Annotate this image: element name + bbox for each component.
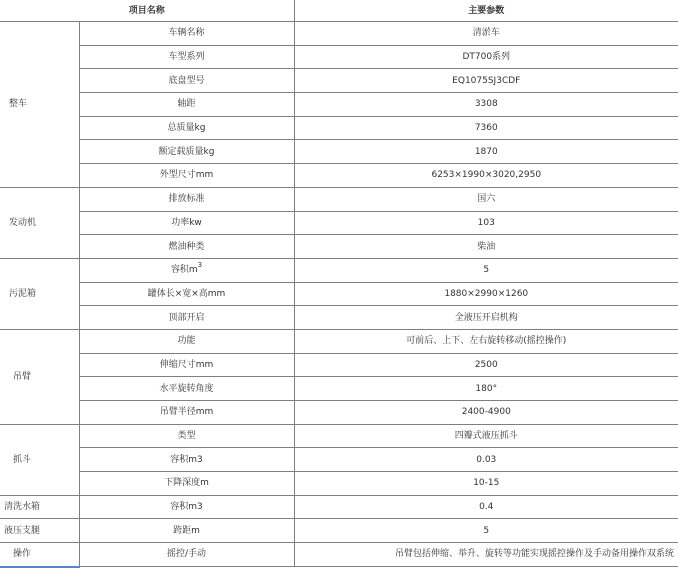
table-row: 顶部开启 全液压开启机构 [0, 306, 678, 330]
row-label: 车辆名称 [79, 22, 294, 46]
row-value: 柴油 [294, 235, 678, 259]
table-row: 发动机 排放标准 国六 [0, 187, 678, 211]
table-row: 污泥箱 容积m3 5 [0, 258, 678, 282]
row-label: 水平旋转角度 [79, 377, 294, 401]
row-value: 全液压开启机构 [294, 306, 678, 330]
row-label: 下降深度m [79, 472, 294, 496]
table-row: 水平旋转角度 180° [0, 377, 678, 401]
row-label: 底盘型号 [79, 69, 294, 93]
row-label: 吊臂半径mm [79, 401, 294, 425]
row-value: 180° [294, 377, 678, 401]
row-value: 5 [294, 258, 678, 282]
group-label-operation: 操作 [0, 543, 79, 567]
row-value: 6253×1990×3020,2950 [294, 164, 678, 188]
table-row: 伸缩尺寸mm 2500 [0, 353, 678, 377]
row-value: DT700系列 [294, 45, 678, 69]
table-row: 底盘型号 EQ1075SJ3CDF [0, 69, 678, 93]
row-label: 轴距 [79, 93, 294, 117]
row-value: 0.4 [294, 495, 678, 519]
table-row: 吊臂 功能 可前后、上下、左右旋转移动(摇控操作) [0, 329, 678, 353]
row-value: 四瓣式液压抓斗 [294, 424, 678, 448]
spec-table: 项目名称 主要参数 整车 车辆名称 清淤车 车型系列 DT700系列 底盘型号 … [0, 0, 678, 567]
header-main-params: 主要参数 [294, 0, 678, 22]
row-label: 顶部开启 [79, 306, 294, 330]
group-label-engine: 发动机 [0, 187, 79, 258]
row-label: 伸缩尺寸mm [79, 353, 294, 377]
row-label: 额定载质量kg [79, 140, 294, 164]
header-row: 项目名称 主要参数 [0, 0, 678, 22]
table-row: 容积m3 0.03 [0, 448, 678, 472]
row-value: 3308 [294, 93, 678, 117]
row-label: 燃油种类 [79, 235, 294, 259]
row-value: 国六 [294, 187, 678, 211]
table-row: 整车 车辆名称 清淤车 [0, 22, 678, 46]
table-row: 抓斗 类型 四瓣式液压抓斗 [0, 424, 678, 448]
table-row: 轴距 3308 [0, 93, 678, 117]
row-value: 吊臂包括伸缩、举升、旋转等功能实现摇控操作及手动备用操作双系统 [294, 543, 678, 567]
table-row: 操作 摇控/手动 吊臂包括伸缩、举升、旋转等功能实现摇控操作及手动备用操作双系统 [0, 543, 678, 567]
row-value: EQ1075SJ3CDF [294, 69, 678, 93]
row-label: 外型尺寸mm [79, 164, 294, 188]
row-label: 容积m3 [79, 258, 294, 282]
row-value: 1880×2990×1260 [294, 282, 678, 306]
row-label: 总质量kg [79, 116, 294, 140]
row-label: 功能 [79, 329, 294, 353]
row-label: 车型系列 [79, 45, 294, 69]
table-row: 罐体长×宽×高mm 1880×2990×1260 [0, 282, 678, 306]
row-label: 罐体长×宽×高mm [79, 282, 294, 306]
row-value: 1870 [294, 140, 678, 164]
table-row: 吊臂半径mm 2400-4900 [0, 401, 678, 425]
table-row: 车型系列 DT700系列 [0, 45, 678, 69]
row-label: 摇控/手动 [79, 543, 294, 567]
table-row: 燃油种类 柴油 [0, 235, 678, 259]
row-value: 0.03 [294, 448, 678, 472]
table-row: 总质量kg 7360 [0, 116, 678, 140]
table-row: 额定载质量kg 1870 [0, 140, 678, 164]
table-row: 功率kw 103 [0, 211, 678, 235]
row-value: 7360 [294, 116, 678, 140]
superscript: 3 [198, 261, 202, 269]
group-label-hydraulic-outriggers: 液压支腿 [0, 519, 79, 543]
row-value: 清淤车 [294, 22, 678, 46]
row-label: 容积m3 [79, 448, 294, 472]
row-label: 跨距m [79, 519, 294, 543]
row-value: 2500 [294, 353, 678, 377]
row-value: 10-15 [294, 472, 678, 496]
group-label-boom: 吊臂 [0, 329, 79, 424]
row-label: 排放标准 [79, 187, 294, 211]
row-label: 容积m3 [79, 495, 294, 519]
row-label: 功率kw [79, 211, 294, 235]
table-row: 下降深度m 10-15 [0, 472, 678, 496]
group-label-vehicle: 整车 [0, 22, 79, 188]
group-label-sludge-tank: 污泥箱 [0, 258, 79, 329]
table-row: 外型尺寸mm 6253×1990×3020,2950 [0, 164, 678, 188]
row-value: 103 [294, 211, 678, 235]
row-value: 2400-4900 [294, 401, 678, 425]
row-value: 5 [294, 519, 678, 543]
header-item-name: 项目名称 [0, 0, 294, 22]
row-label: 类型 [79, 424, 294, 448]
row-value: 可前后、上下、左右旋转移动(摇控操作) [294, 329, 678, 353]
group-label-wash-tank: 清洗水箱 [0, 495, 79, 519]
table-row: 液压支腿 跨距m 5 [0, 519, 678, 543]
table-row: 清洗水箱 容积m3 0.4 [0, 495, 678, 519]
row-label-text: 容积m [171, 265, 198, 275]
group-label-grab-bucket: 抓斗 [0, 424, 79, 495]
